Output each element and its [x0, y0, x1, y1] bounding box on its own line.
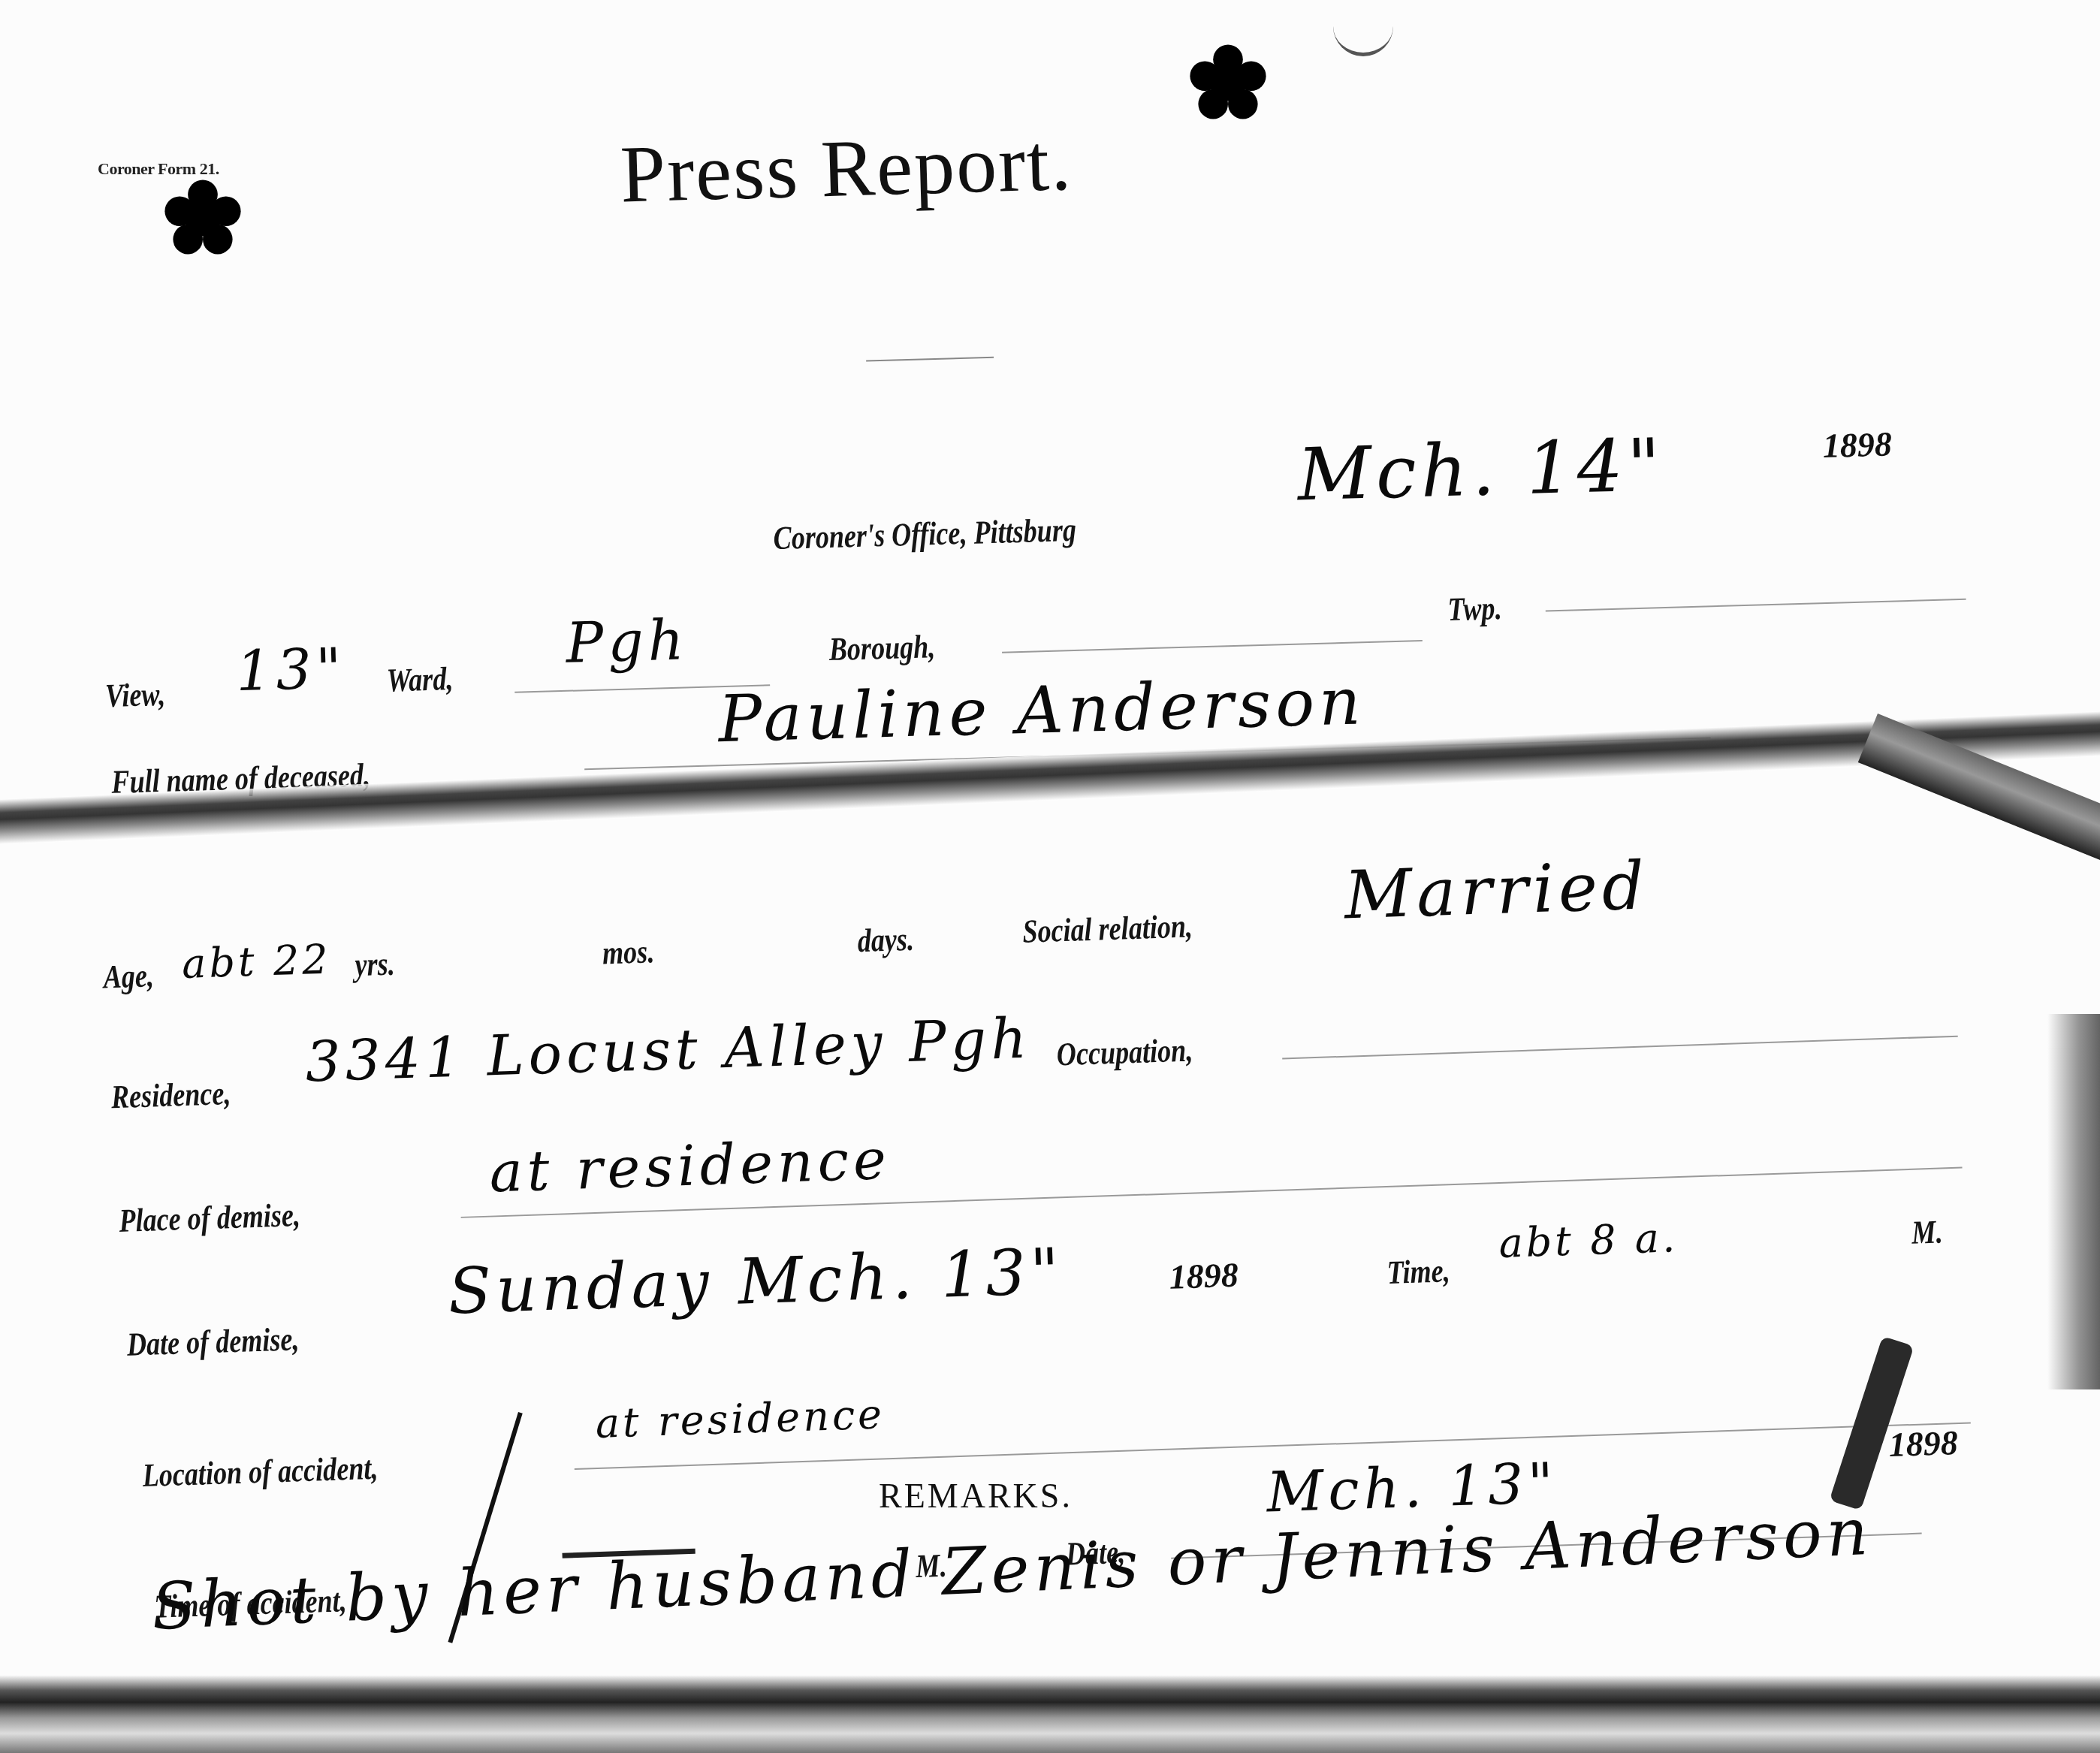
- age-label: Age,: [103, 956, 155, 996]
- title-rule: [866, 357, 994, 362]
- borough-field: [1002, 640, 1423, 653]
- residence-label: Residence,: [110, 1074, 231, 1116]
- mos-label: mos.: [602, 932, 655, 972]
- remarks-heading: REMARKS.: [879, 1476, 1073, 1516]
- full-name-value: Pauline Anderson: [717, 664, 1366, 757]
- occupation-field: [1282, 1036, 1958, 1060]
- view-value: 13": [235, 636, 347, 704]
- report-date: Mch. 14": [1296, 423, 1666, 517]
- borough-label: Borough,: [828, 627, 936, 668]
- page-edge-shadow: [2047, 1014, 2100, 1389]
- ward-value: Pgh: [565, 608, 689, 676]
- location-of-accident-label: Location of accident,: [142, 1449, 379, 1495]
- time-suffix: M.: [1911, 1212, 1944, 1251]
- view-label: View,: [104, 675, 165, 715]
- social-relation-value: Married: [1343, 846, 1649, 934]
- accident-date-year: 1898: [1888, 1423, 1959, 1465]
- days-label: days.: [857, 920, 915, 960]
- occupation-label: Occupation,: [1056, 1030, 1193, 1073]
- yrs-label: yrs.: [355, 945, 396, 985]
- ward-label: Ward,: [386, 659, 454, 699]
- date-of-demise-year: 1898: [1169, 1255, 1239, 1297]
- place-of-demise-value: at residence: [488, 1127, 892, 1205]
- date-of-demise-label: Date of demise,: [126, 1320, 300, 1364]
- page-bottom-edge: [0, 1675, 2100, 1753]
- age-value: abt 22: [181, 935, 331, 988]
- date-of-demise-value: Sunday Mch. 13": [447, 1234, 1065, 1328]
- location-of-accident-value: at residence: [595, 1390, 886, 1447]
- place-of-demise-label: Place of demise,: [119, 1196, 301, 1240]
- office-label: Coroner's Office, Pittsburg: [773, 511, 1077, 557]
- twp-field: [1546, 599, 1966, 612]
- social-relation-label: Social relation,: [1022, 907, 1193, 950]
- time-label: Time,: [1386, 1251, 1450, 1292]
- time-value: abt 8 a.: [1498, 1214, 1678, 1267]
- residence-value: 3341 Locust Alley Pgh: [304, 1006, 1032, 1095]
- page-title: Press Report.: [619, 116, 1073, 222]
- scanned-document: Coroner Form 21. Press Report. Coroner's…: [0, 0, 2100, 1753]
- report-year: 1898: [1822, 424, 1892, 466]
- twp-label: Twp.: [1447, 589, 1502, 629]
